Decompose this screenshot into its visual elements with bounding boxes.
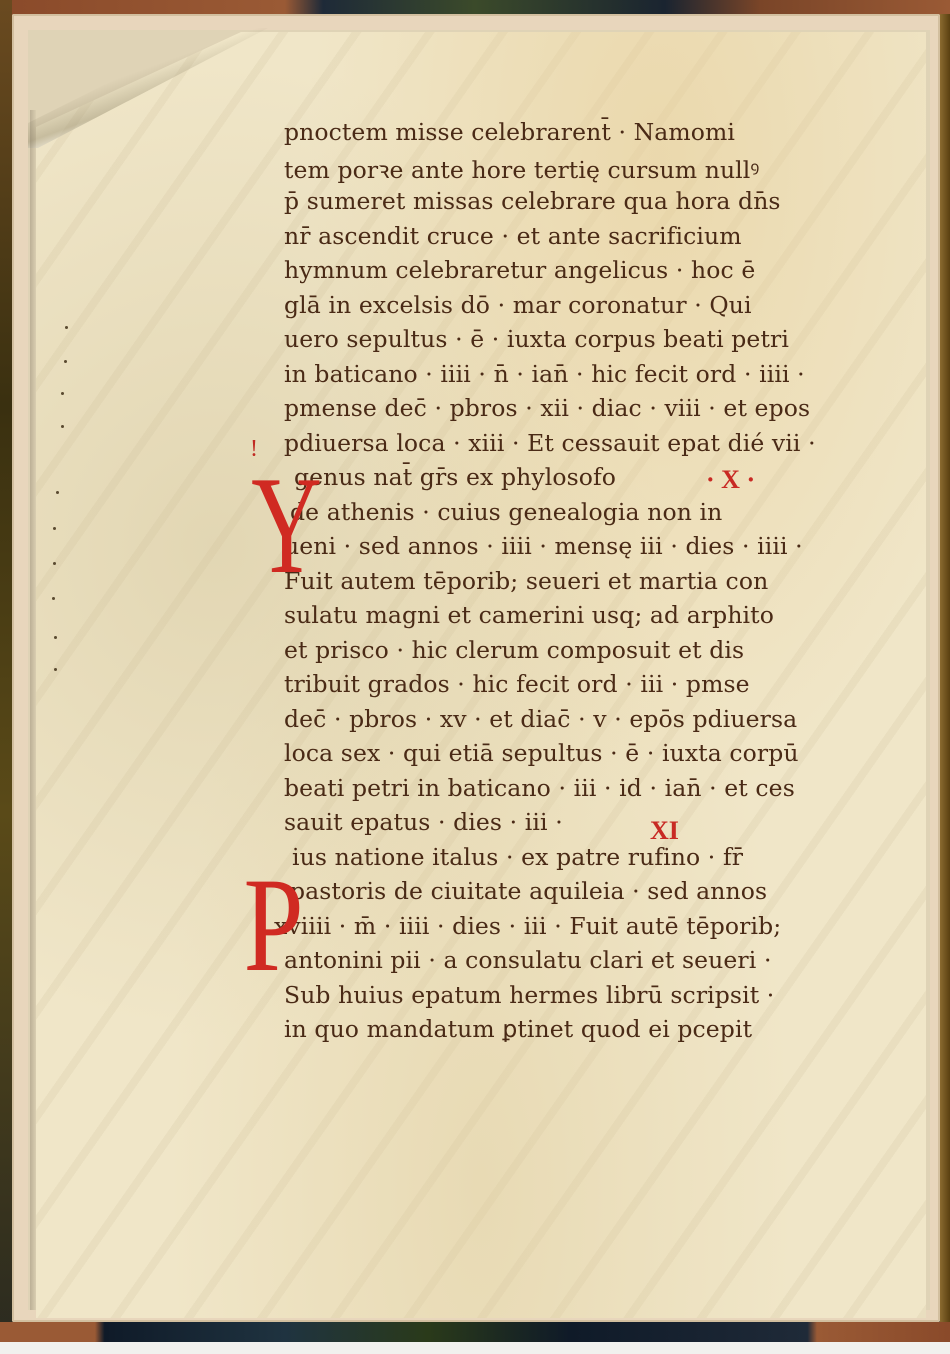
text-line: uero sepultus · ē · iuxta corpus beati p… (284, 325, 789, 361)
text-line: tribuit grados · hic fecit ord · iii · p… (284, 670, 750, 706)
chapter-number-xi: XI (650, 816, 679, 846)
chapter-number-x: · X · (706, 465, 755, 495)
text-line: pmense dec̄ · pbros · xii · diac · viii … (284, 394, 810, 430)
pricking-hole (56, 491, 59, 494)
text-line: ueni · sed annos · iiii · mensę iii · di… (284, 532, 803, 568)
text-line: de athenis · cuius genealogia non in (290, 498, 722, 534)
text-line: pnoctem misse celebrarent̄ · Namomi (284, 118, 735, 154)
text-line: et prisco · hic clerum composuit et dis (284, 636, 744, 672)
text-line: in quo mandatum ꝑtinet quod ei pcepit (284, 1015, 752, 1051)
text-line: pdiuersa loca · xiii · Et cessauit epat … (284, 429, 816, 465)
text-line: genus nat̄ gr̄s ex phylosofo (294, 463, 616, 499)
text-line: dec̄ · pbros · xv · et diac̄ · v · epōs … (284, 705, 797, 741)
binding-left-edge (0, 0, 12, 1354)
text-line: beati petri in baticano · iii · id · ian… (284, 774, 795, 810)
text-line: p̄ sumeret missas celebrare qua hora dn̄… (284, 187, 781, 223)
gutter-shadow (30, 110, 36, 1310)
pricking-hole (65, 326, 68, 329)
pricking-hole (61, 392, 64, 395)
pricking-hole (64, 360, 67, 363)
pricking-hole (53, 562, 56, 565)
text-line: glā in excelsis dō · mar coronatur · Qui (284, 291, 752, 327)
red-initial-y: Y (251, 456, 322, 596)
text-line: nr̄ ascendit cruce · et ante sacrificium (284, 222, 742, 258)
text-line: antonini pii · a consulatu clari et seue… (284, 946, 772, 982)
text-line: pastoris de ciuitate aquileia · sed anno… (290, 877, 767, 913)
text-line: sulatu magni et camerini usq; ad arphito (284, 601, 774, 637)
pricking-hole (53, 527, 56, 530)
pricking-hole (54, 668, 57, 671)
text-line: hymnum celebraretur angelicus · hoc ē (284, 256, 755, 292)
text-line: loca sex · qui etiā sepultus · ē · iuxta… (284, 739, 799, 775)
pricking-hole (54, 636, 57, 639)
text-line: Sub huius epatum hermes librū scripsit · (284, 981, 774, 1017)
scan-border (0, 1342, 950, 1354)
binding-bottom-edge (0, 1322, 950, 1342)
pricking-hole (61, 425, 64, 428)
text-line: in baticano · iiii · n̄ · ian̄ · hic fec… (284, 360, 805, 396)
text-line: sauit epatus · dies · iii · (284, 808, 563, 844)
text-line: tem porꝛe ante hore tertię cursum nullꝰ (284, 153, 759, 189)
binding-right-edge (940, 14, 950, 1322)
text-line: xviiii · m̄ · iiii · dies · iii · Fuit a… (274, 912, 781, 948)
pricking-hole (52, 597, 55, 600)
text-line: ius natione italus · ex patre rufino · f… (292, 843, 743, 879)
text-line: Fuit autem tēporib; seueri et martia con (284, 567, 768, 603)
red-initial-p: P (244, 858, 304, 993)
